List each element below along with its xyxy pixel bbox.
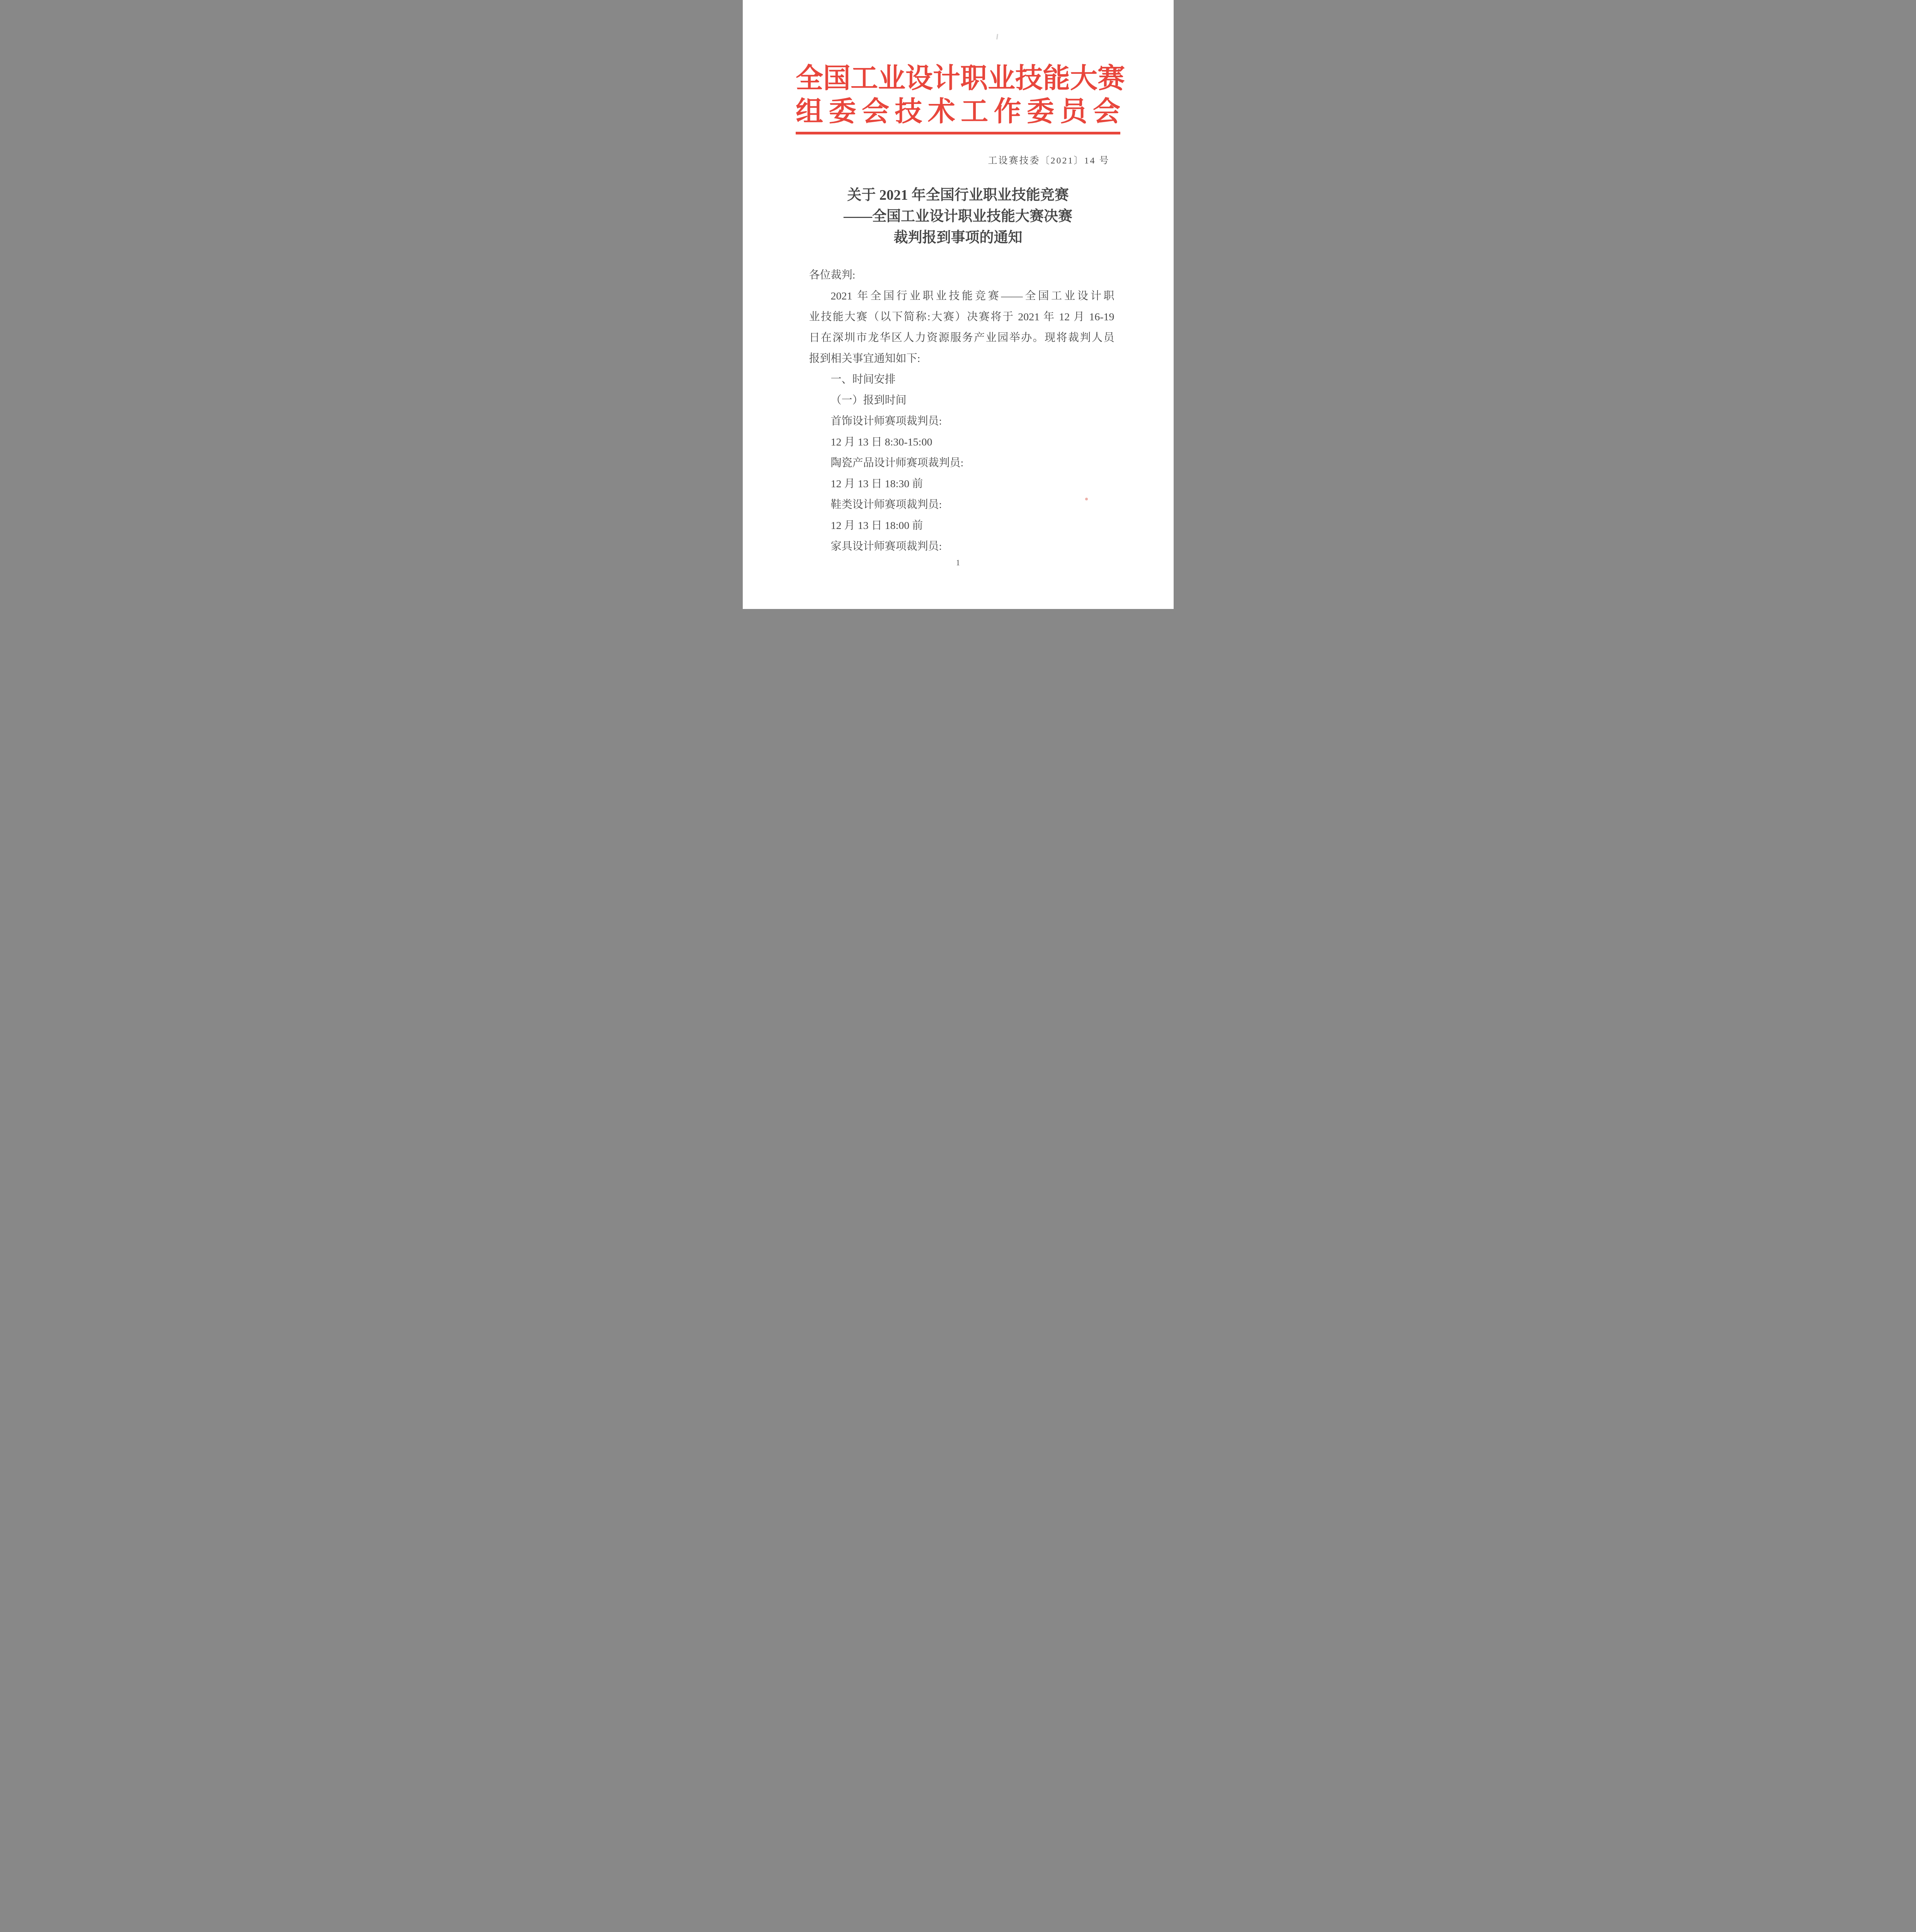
notice-title-line-2: ——全国工业设计职业技能大赛决赛 [743, 206, 1174, 227]
schedule-time: 12 月 13 日 8:30-15:00 [809, 432, 1115, 453]
letterhead-line-1: 全国工业设计职业技能大赛 [796, 62, 1120, 95]
scanned-notice-page: 全国工业设计职业技能大赛 组委会技术工作委员会 工设赛技委〔2021〕14 号 … [743, 0, 1174, 609]
body-line: 日在深圳市龙华区人力资源服务产业园举办。现将裁判人员 [809, 328, 1115, 349]
scan-red-speck [1085, 498, 1088, 500]
notice-title-line-3: 裁判报到事项的通知 [743, 227, 1174, 248]
letterhead-divider-rule [796, 132, 1120, 134]
section-heading: 一、时间安排 [809, 369, 1115, 390]
schedule-time: 12 月 13 日 18:00 前 [809, 515, 1115, 536]
letterhead-title: 全国工业设计职业技能大赛 组委会技术工作委员会 [796, 62, 1120, 128]
schedule-event: 家具设计师赛项裁判员: [809, 536, 1115, 557]
scan-smudge-mark [996, 34, 998, 39]
body-line: 报到相关事宜通知如下: [809, 349, 1115, 369]
notice-body: 各位裁判: 2021 年全国行业职业技能竞赛——全国工业设计职 业技能大赛（以下… [809, 265, 1115, 557]
letterhead-line-2: 组委会技术工作委员会 [796, 95, 1120, 128]
schedule-event: 首饰设计师赛项裁判员: [809, 411, 1115, 432]
schedule-time: 12 月 13 日 18:30 前 [809, 474, 1115, 495]
schedule-event: 陶瓷产品设计师赛项裁判员: [809, 453, 1115, 474]
schedule-event: 鞋类设计师赛项裁判员: [809, 495, 1115, 515]
notice-title: 关于 2021 年全国行业职业技能竞赛 ——全国工业设计职业技能大赛决赛 裁判报… [743, 185, 1174, 248]
salutation: 各位裁判: [809, 265, 1115, 286]
body-line: 2021 年全国行业职业技能竞赛——全国工业设计职 [809, 286, 1115, 307]
document-number: 工设赛技委〔2021〕14 号 [743, 156, 1110, 166]
body-line: 业技能大赛（以下简称:大赛）决赛将于 2021 年 12 月 16-19 [809, 307, 1115, 328]
page-number: 1 [743, 559, 1174, 568]
notice-title-line-1: 关于 2021 年全国行业职业技能竞赛 [743, 185, 1174, 206]
subsection-heading: （一）报到时间 [809, 390, 1115, 411]
